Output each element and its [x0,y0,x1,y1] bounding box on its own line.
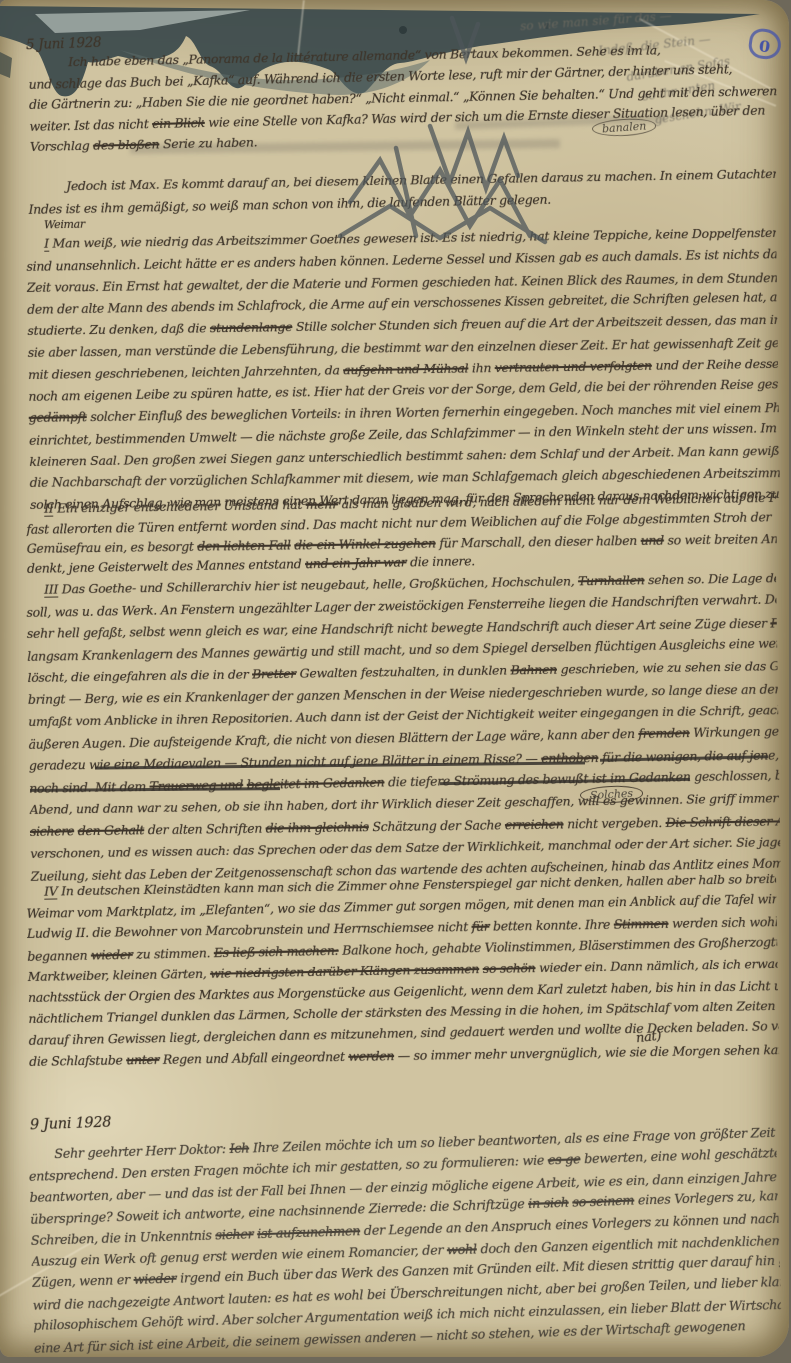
pencil-note: so wie man sie für das — [520,9,672,34]
edge-mark [0,52,12,78]
entry-intro-paragraph: Ich habe eben das „Panorama de la littér… [28,37,778,157]
ink-spot [399,26,407,34]
entry-date-bottom: 9 Juni 1928 [30,1115,112,1134]
insertion-word: nat) [635,1029,662,1047]
stain-highlight [35,10,250,33]
margin-title: Weimar [44,218,85,232]
section-iv-paragraph: IV In deutschen Kleinstädten kann man si… [26,868,779,1072]
manuscript-page: 0 so wie man sie für das — Indeß, die St… [0,0,789,1357]
entry-second-paragraph: Jedoch ist Max. Es kommt darauf an, bei … [28,163,777,219]
section-ii-paragraph: II Ein einziger entschiedener Umstand ha… [26,488,777,578]
section-iii-paragraph: III Das Goethe- und Schillerarchiv hier … [26,567,781,887]
section-i-paragraph: I Man weiß, wie niedrig das Arbeitszimme… [26,222,780,516]
letter-draft-paragraph: Sehr geehrter Herr Doktor: Ich Ihre Zeil… [28,1123,782,1357]
